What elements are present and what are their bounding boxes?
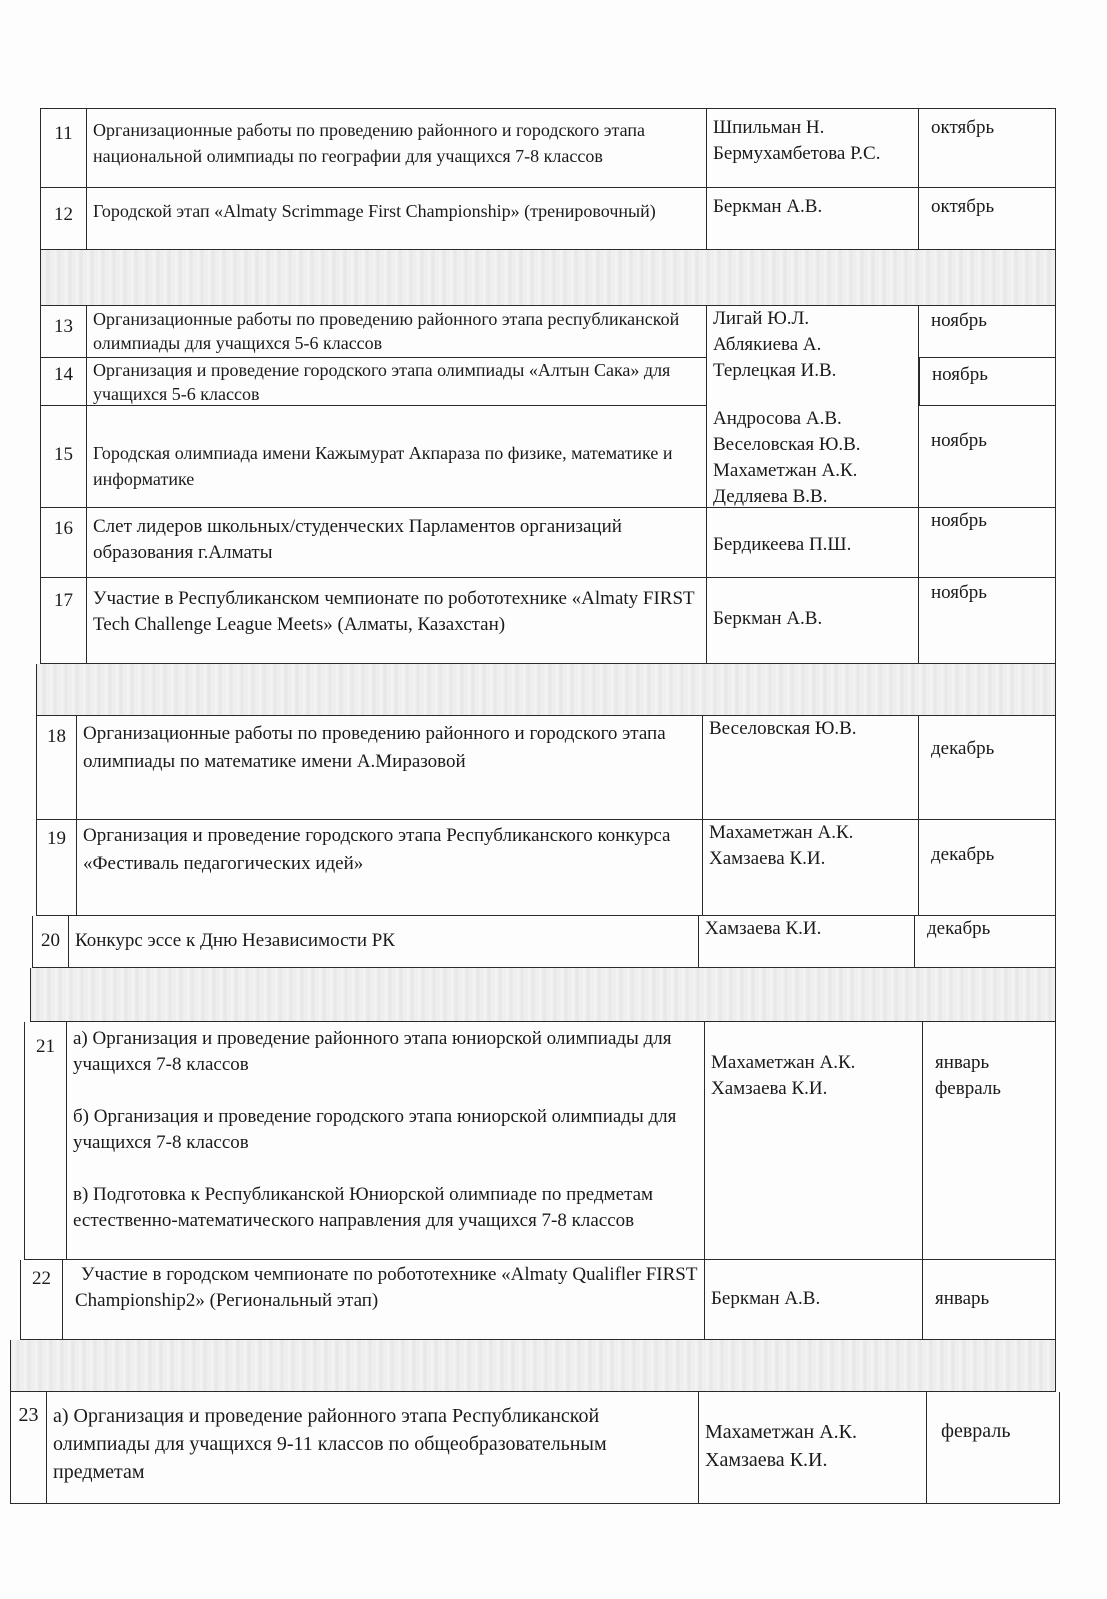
section-separator-row — [30, 968, 1056, 1022]
task-part-b: б) Организация и проведение городского э… — [73, 1104, 698, 1156]
month: январь — [923, 1260, 1057, 1339]
table-row: 13 Организационные работы по проведению … — [40, 306, 1056, 358]
row-number: 20 — [33, 916, 69, 967]
row-number: 22 — [21, 1260, 63, 1339]
table-row: 15 Городская олимпиада имени Кажымурат А… — [40, 406, 1056, 508]
month: ноябрь — [919, 306, 1057, 357]
table-row: 18 Организационные работы по проведению … — [36, 716, 1056, 820]
section-separator-row — [10, 1340, 1056, 1392]
responsible-person: Шпильман Н. Бермухамбетова Р.С. — [707, 109, 919, 187]
responsible-person: Беркман А.В. — [705, 1260, 923, 1339]
task-text: Организационные работы по проведению рай… — [87, 109, 707, 187]
section-separator-row — [40, 250, 1056, 306]
task-text: а) Организация и проведение районного эт… — [67, 1022, 705, 1259]
table-row: 21 а) Организация и проведение районного… — [24, 1022, 1056, 1260]
row-number: 17 — [41, 578, 87, 663]
responsible-person: Махаметжан А.К. Хамзаева К.И. — [703, 820, 919, 915]
row-number: 14 — [41, 358, 87, 405]
table-row: 11 Организационные работы по проведению … — [40, 108, 1056, 188]
responsible-person: Махаметжан А.К. Хамзаева К.И. — [699, 1392, 927, 1503]
month: декабрь — [919, 820, 1057, 915]
row-number: 11 — [41, 109, 87, 187]
task-part-c: в) Подготовка к Республиканской Юниорско… — [73, 1182, 698, 1234]
row-number: 13 — [41, 306, 87, 357]
task-text: Конкурс эссе к Дню Независимости РК — [69, 916, 699, 967]
responsible-person: Лигай Ю.Л. Аблякиева А. Терлецкая И.В. — [707, 306, 919, 406]
table-row: 16 Слет лидеров школьных/студенческих Па… — [40, 508, 1056, 578]
table-row: 22 Участие в городском чемпионате по роб… — [20, 1260, 1056, 1340]
task-text: Городская олимпиада имени Кажымурат Акпа… — [87, 406, 707, 507]
row-number: 12 — [41, 188, 87, 249]
row-number: 19 — [37, 820, 77, 915]
table-row: 23 а) Организация и проведение районного… — [10, 1392, 1060, 1504]
month: январь февраль — [923, 1022, 1057, 1259]
task-text: Слет лидеров школьных/студенческих Парла… — [87, 508, 707, 577]
month: ноябрь — [919, 578, 1057, 663]
task-text: Организационные работы по проведению рай… — [77, 716, 703, 819]
month: ноябрь — [919, 508, 1057, 577]
row-number: 23 — [11, 1392, 47, 1503]
month: февраль — [927, 1392, 1061, 1503]
row-number: 21 — [25, 1022, 67, 1259]
task-text: Организация и проведение городского этап… — [87, 358, 707, 405]
task-text: Участие в Республиканском чемпионате по … — [87, 578, 707, 663]
section-separator-row — [36, 664, 1056, 716]
table-row: 12 Городской этап «Almaty Scrimmage Firs… — [40, 188, 1056, 250]
month: октябрь — [919, 109, 1057, 187]
month: ноябрь — [919, 358, 1057, 405]
task-text: а) Организация и проведение районного эт… — [47, 1392, 699, 1503]
task-text: Городской этап «Almaty Scrimmage First C… — [87, 188, 707, 249]
row-number: 18 — [37, 716, 77, 819]
table-row: 17 Участие в Республиканском чемпионате … — [40, 578, 1056, 664]
month: декабрь — [919, 716, 1057, 819]
month: декабрь — [915, 916, 1057, 967]
responsible-person: Беркман А.В. — [707, 578, 919, 663]
responsible-person: Махаметжан А.К. Хамзаева К.И. — [705, 1022, 923, 1259]
responsible-person: Бердикеева П.Ш. — [707, 508, 919, 577]
responsible-person: Беркман А.В. — [707, 188, 919, 249]
responsible-person: Андросова А.В. Веселовская Ю.В. Махаметж… — [707, 406, 919, 507]
table-row: 19 Организация и проведение городского э… — [36, 820, 1056, 916]
responsible-person: Веселовская Ю.В. — [703, 716, 919, 819]
document-page: 11 Организационные работы по проведению … — [0, 0, 1107, 1599]
row-number: 16 — [41, 508, 87, 577]
month: октябрь — [919, 188, 1057, 249]
month: ноябрь — [919, 406, 1057, 507]
task-text: Организация и проведение городского этап… — [77, 820, 703, 915]
row-number: 15 — [41, 406, 87, 507]
task-text: Участие в городском чемпионате по робото… — [63, 1260, 705, 1339]
table-row: 20 Конкурс эссе к Дню Независимости РК Х… — [32, 916, 1056, 968]
responsible-person: Хамзаева К.И. — [699, 916, 915, 967]
task-part-a: а) Организация и проведение районного эт… — [73, 1026, 698, 1078]
task-text: Организационные работы по проведению рай… — [87, 306, 707, 357]
